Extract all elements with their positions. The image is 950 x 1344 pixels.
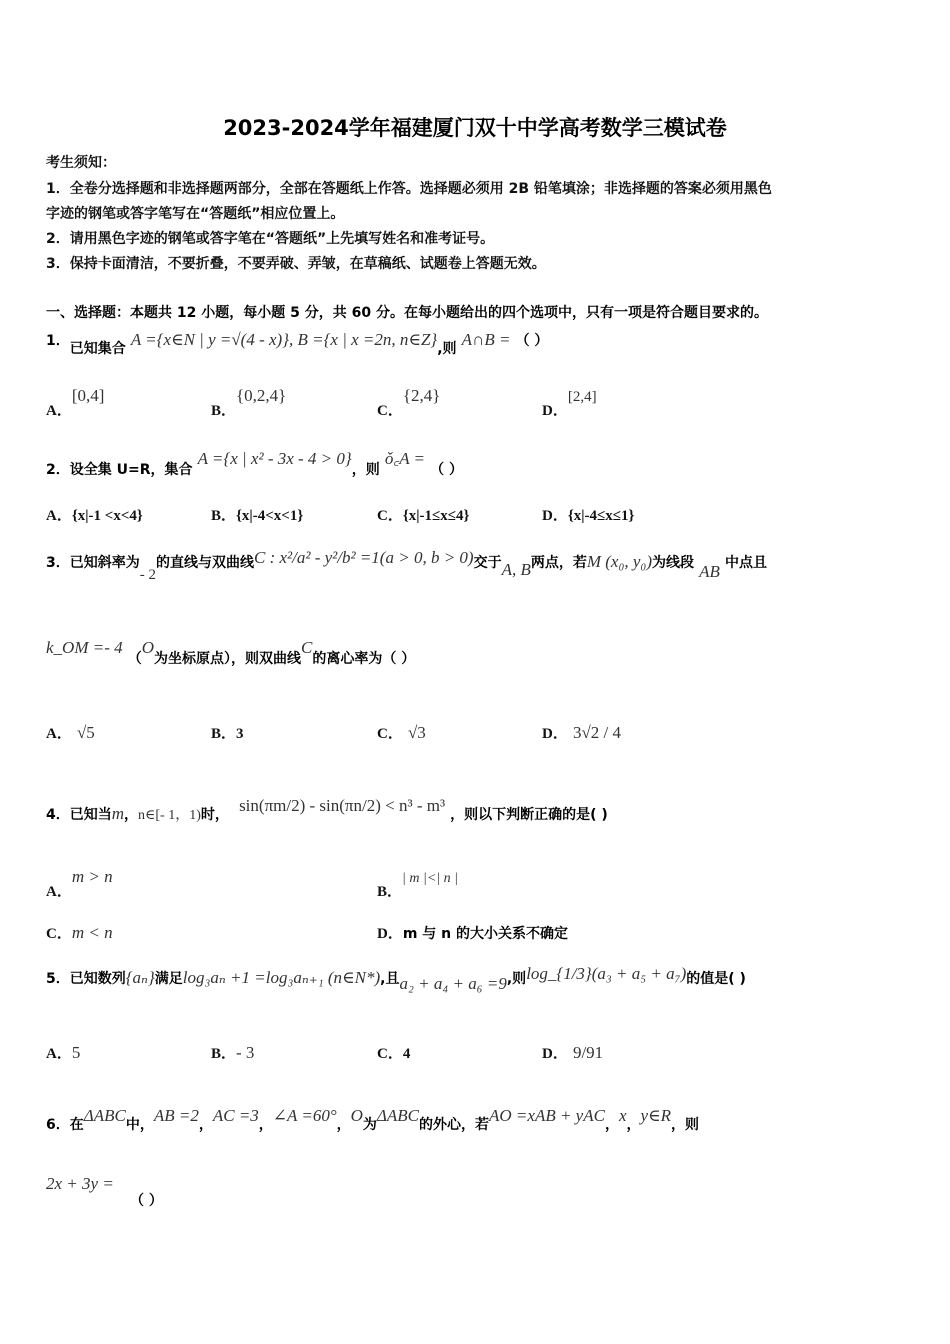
q4-prefix: 已知当 xyxy=(70,807,112,823)
q2-option-c[interactable]: C．{x|-1≤x≤4} xyxy=(377,504,469,525)
option-label: B． xyxy=(211,1046,236,1062)
option-value: m 与 n 的大小关系不确定 xyxy=(403,926,568,942)
q5-seq: {aₙ} xyxy=(126,968,155,987)
option-label: D． xyxy=(542,726,568,742)
q4-option-c[interactable]: C．m < n xyxy=(46,922,113,943)
q5-option-c[interactable]: C．4 xyxy=(377,1042,410,1063)
q3-mid2: 交于 xyxy=(474,555,502,571)
q3-mid4: 为线段 xyxy=(652,555,694,571)
option-value: {2,4} xyxy=(403,386,441,405)
q1-option-d[interactable]: D．[2,4] xyxy=(542,385,597,406)
q3-segment: AB xyxy=(699,562,720,581)
q1-option-a[interactable]: A．[0,4] xyxy=(46,385,104,406)
section-heading: 一、选择题：本题共 12 小题，每小题 5 分，共 60 分。在每小题给出的四个… xyxy=(46,302,768,322)
q6-triangle: ΔABC xyxy=(84,1106,126,1125)
q4-option-a[interactable]: A．m > n xyxy=(46,866,113,887)
q4-number: 4． xyxy=(46,807,70,823)
q3-curve: C : x²/a² - y²/b² =1(a > 0, b > 0) xyxy=(254,548,474,567)
q1-option-c[interactable]: C．{2,4} xyxy=(377,385,440,406)
q6-prefix: 在 xyxy=(70,1117,84,1133)
q1-math2: A∩B = xyxy=(462,330,511,349)
q1-option-b[interactable]: B．{0,2,4} xyxy=(211,385,286,406)
q6-blank: （ ） xyxy=(130,1193,163,1209)
q3-option-b[interactable]: B．3 xyxy=(211,722,244,743)
q2-math: A ={x | x² - 3x - 4 > 0} xyxy=(198,449,352,468)
q6-vector: AO =xAB + yAC xyxy=(489,1106,605,1125)
q6-angle: ∠A =60° xyxy=(273,1106,337,1125)
option-value: m > n xyxy=(72,867,113,886)
q3-origin: O xyxy=(142,638,154,657)
q5-prefix: 已知数列 xyxy=(70,971,126,987)
q6-ab: AB =2 xyxy=(154,1106,199,1125)
q6-t3: ， xyxy=(259,1117,273,1133)
q5-number: 5． xyxy=(46,971,70,987)
q6-o: O xyxy=(351,1106,363,1125)
q3-mid5: 中点且 xyxy=(725,555,767,571)
option-label: D． xyxy=(377,926,403,942)
q3-number: 3． xyxy=(46,555,70,571)
q1-number: 1． xyxy=(46,333,70,349)
option-label: C． xyxy=(46,926,72,942)
q5-mid2: ,且 xyxy=(380,971,399,987)
question-3-line-2: k_OM =- 4 （O为坐标原点），则双曲线C的离心率为（ ） xyxy=(46,638,415,658)
q6-yr: y∈R xyxy=(641,1106,672,1125)
q4-var-m: m xyxy=(112,804,124,823)
option-label: D． xyxy=(542,1046,568,1062)
q3-option-c[interactable]: C． √3 xyxy=(377,722,426,743)
q1-blank: （ ） xyxy=(516,333,549,349)
q4-range: n∈[- 1，1) xyxy=(138,808,201,823)
q1-prefix: 已知集合 xyxy=(70,341,126,357)
q2-prefix: 设全集 U=R，集合 xyxy=(70,462,193,478)
q3-midpoint: M (x₀, y₀) xyxy=(587,552,652,571)
q4-inequality: sin(πm/2) - sin(πn/2) < n³ - m³ xyxy=(239,796,445,815)
notice-item-3: 3．保持卡面清洁，不要折叠，不要弄破、弄皱，在草稿纸、试题卷上答题无效。 xyxy=(46,253,546,273)
page-title: 2023-2024学年福建厦门双十中学高考数学三模试卷 xyxy=(0,112,950,142)
q2-option-a[interactable]: A．{x|-1 <x<4} xyxy=(46,504,143,525)
option-label: C． xyxy=(377,726,403,742)
option-label: D． xyxy=(542,508,568,524)
option-value: 3√2 / 4 xyxy=(573,723,621,742)
option-value: [0,4] xyxy=(72,386,105,405)
q6-t6: 的外心，若 xyxy=(419,1117,489,1133)
question-2: 2．设全集 U=R，集合 A ={x | x² - 3x - 4 > 0}，则 … xyxy=(46,446,463,469)
q5-recurrence: log₃aₙ +1 =log₃aₙ₊₁ (n∈N*) xyxy=(183,968,380,987)
option-value: m < n xyxy=(72,923,113,942)
q2-number: 2． xyxy=(46,462,70,478)
question-3: 3．已知斜率为- 2的直线与双曲线C : x²/a² - y²/b² =1(a … xyxy=(46,552,767,572)
option-value: √5 xyxy=(77,723,95,742)
q6-t4: ， xyxy=(337,1117,351,1133)
q5-option-d[interactable]: D． 9/91 xyxy=(542,1042,603,1063)
notice-heading: 考生须知： xyxy=(46,152,116,172)
q3-slope: - 2 xyxy=(140,567,156,583)
option-label: A． xyxy=(46,726,72,742)
question-1: 1．已知集合 A ={x∈N | y =√(4 - x)}, B ={x | x… xyxy=(46,330,548,350)
q6-t2: ， xyxy=(199,1117,213,1133)
q6-line2-math: 2x + 3y = xyxy=(46,1174,114,1193)
option-label: D． xyxy=(542,403,568,419)
q4-option-d[interactable]: D．m 与 n 的大小关系不确定 xyxy=(377,922,568,943)
option-value: [2,4] xyxy=(568,389,597,405)
option-value: - 3 xyxy=(236,1043,254,1062)
option-value: {x|-1 <x<4} xyxy=(72,508,143,524)
notice-item-1-cont: 字迹的钢笔或答字笔写在“答题纸”相应位置上。 xyxy=(46,203,344,223)
q3-points: A, B xyxy=(502,560,531,579)
option-label: B． xyxy=(377,884,402,900)
q3-line2-text2: 为坐标原点），则双曲线 xyxy=(154,651,301,667)
option-label: B． xyxy=(211,403,236,419)
option-label: C． xyxy=(377,508,403,524)
q3-line2-text3: 的离心率为（ ） xyxy=(312,651,415,667)
question-6: 6．在ΔABC中，AB =2，AC =3，∠A =60°，O为ΔABC的外心，若… xyxy=(46,1106,699,1126)
option-value: {x|-1≤x≤4} xyxy=(403,508,470,524)
q3-line2-text1: （ xyxy=(128,651,142,667)
option-value: 4 xyxy=(403,1046,411,1062)
option-value: √3 xyxy=(408,723,426,742)
q5-option-a[interactable]: A．5 xyxy=(46,1042,80,1063)
q1-suffix: ,则 xyxy=(437,341,456,357)
option-value: {0,2,4} xyxy=(236,386,286,405)
q3-k-om: k_OM =- 4 xyxy=(46,638,123,657)
q1-math: A ={x∈N | y =√(4 - x)}, B ={x | x =2n, n… xyxy=(131,330,437,349)
q2-blank: （ ） xyxy=(430,462,463,478)
q2-suffix: ，则 xyxy=(352,462,380,478)
option-label: C． xyxy=(377,1046,403,1062)
q3-option-a[interactable]: A． √5 xyxy=(46,722,95,743)
q6-t1: 中， xyxy=(126,1117,154,1133)
q6-t9: ，则 xyxy=(671,1117,699,1133)
q3-mid1: 的直线与双曲线 xyxy=(156,555,254,571)
q3-option-d[interactable]: D． 3√2 / 4 xyxy=(542,722,621,743)
option-label: B． xyxy=(211,726,236,742)
q4-option-b[interactable]: B．| m |<| n | xyxy=(377,866,458,887)
option-label: A． xyxy=(46,403,72,419)
notice-item-1: 1．全卷分选择题和非选择题两部分，全部在答题纸上作答。选择题必须用 2B 铅笔填… xyxy=(46,178,772,198)
option-value: 5 xyxy=(72,1043,81,1062)
option-value: {x|-4<x<1} xyxy=(236,508,303,524)
q5-expr: log_{1/3}(a₃ + a₅ + a₇) xyxy=(526,964,686,983)
q5-suffix: 的值是( ) xyxy=(686,971,746,987)
q4-suffix: ，则以下判断正确的是( ) xyxy=(450,807,608,823)
q3-prefix: 已知斜率为 xyxy=(70,555,140,571)
q3-mid3: 两点，若 xyxy=(531,555,587,571)
q2-option-d[interactable]: D．{x|-4≤x≤1} xyxy=(542,504,634,525)
q2-math2: ǒ꜀A = xyxy=(385,449,425,468)
option-value: 3 xyxy=(236,726,244,742)
q6-t7: ， xyxy=(605,1117,619,1133)
q6-x: x xyxy=(619,1106,627,1125)
q6-t8: ， xyxy=(627,1117,641,1133)
q5-mid1: 满足 xyxy=(155,971,183,987)
option-label: B． xyxy=(211,508,236,524)
notice-item-2: 2．请用黑色字迹的钢笔或答字笔在“答题纸”上先填写姓名和准考证号。 xyxy=(46,228,494,248)
q4-time: 时， xyxy=(201,807,229,823)
option-value: {x|-4≤x≤1} xyxy=(568,508,635,524)
option-label: C． xyxy=(377,403,403,419)
q6-number: 6． xyxy=(46,1117,70,1133)
question-5: 5．已知数列{aₙ}满足log₃aₙ +1 =log₃aₙ₊₁ (n∈N*),且… xyxy=(46,968,746,988)
q2-option-b[interactable]: B．{x|-4<x<1} xyxy=(211,504,303,525)
q6-t5: 为 xyxy=(363,1117,377,1133)
question-6-line-2: 2x + 3y = （ ） xyxy=(46,1174,114,1214)
question-4: 4．已知当m，n∈[- 1，1)时， sin(πm/2) - sin(πn/2)… xyxy=(46,804,608,824)
option-value: 9/91 xyxy=(573,1043,603,1062)
q5-option-b[interactable]: B．- 3 xyxy=(211,1042,254,1063)
q6-ac: AC =3 xyxy=(213,1106,259,1125)
q4-sep: ， xyxy=(124,807,138,823)
q3-curve-name: C xyxy=(301,638,312,657)
q6-triangle2: ΔABC xyxy=(377,1106,419,1125)
option-value: | m |<| n | xyxy=(402,871,458,886)
option-label: A． xyxy=(46,884,72,900)
option-label: A． xyxy=(46,1046,72,1062)
q5-condition: a₂ + a₄ + a₆ =9 xyxy=(399,974,506,993)
q5-mid3: ,则 xyxy=(507,971,526,987)
option-label: A． xyxy=(46,508,72,524)
